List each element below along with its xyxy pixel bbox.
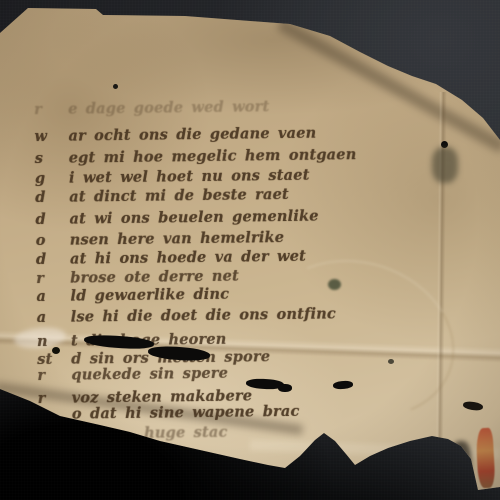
manuscript-photograph: re dage goede wed wort war ocht ons die … (0, 0, 500, 500)
